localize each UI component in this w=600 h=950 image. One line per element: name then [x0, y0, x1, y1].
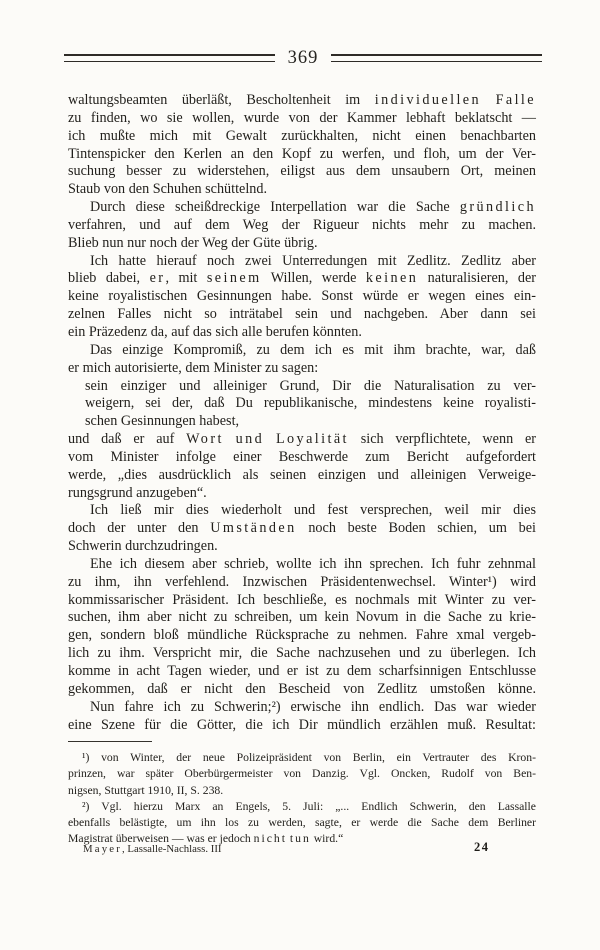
- emphasized-text: nicht: [254, 832, 287, 845]
- text-line: gen, sondern bloß mündliche Rücksprache …: [68, 627, 536, 645]
- paragraph: Nun fahre ich zu Schwerin;²) erwische ih…: [68, 699, 536, 735]
- text-line: Tintenspicker den Kerlen an den Kopf zu …: [68, 146, 536, 164]
- footer-citation: Mayer, Lassalle-Nachlass. III: [83, 843, 222, 855]
- page-index: 24: [474, 840, 490, 855]
- emphasized-text: keinen: [366, 270, 418, 286]
- body-text: waltungsbeamten überläßt, Bescholtenheit…: [68, 92, 536, 734]
- footnote: ²) Vgl. hierzu Marx an Engels, 5. Juli: …: [68, 799, 536, 848]
- text-line: lich zu ihm. Verspricht mir, die Sache n…: [68, 645, 536, 663]
- text-line: zelnen Falles nicht so inträtabel sein u…: [68, 306, 536, 324]
- emphasized-text: er: [150, 270, 166, 286]
- emphasized-text: Mayer: [83, 843, 122, 855]
- text-line: waltungsbeamten überläßt, Bescholtenheit…: [68, 92, 536, 110]
- text-line: keine royalistischen Gesinnungen habe. S…: [68, 288, 536, 306]
- text-line: werde, „dies ausdrücklich als seinen ein…: [68, 467, 536, 485]
- text-line: ich mußte mich mit Gewalt zurückhalten, …: [68, 128, 536, 146]
- text-line: nigsen, Stuttgart 1910, II, S. 238.: [68, 783, 536, 799]
- text-line: ein Präzedenz da, auf das sich alle beru…: [68, 324, 536, 342]
- text-line: Staub von den Schuhen schüttelnd.: [68, 181, 536, 199]
- text-line: er mich autorisierte, dem Minister zu sa…: [68, 360, 536, 378]
- text-line: sein einziger und alleiniger Grund, Dir …: [85, 378, 536, 396]
- header-rule-left: [64, 54, 275, 62]
- paragraph: Ich hatte hierauf noch zwei Unterredunge…: [68, 253, 536, 342]
- text-line: blieb dabei, er, mit seinem Willen, werd…: [68, 270, 536, 288]
- text-line: zu ihm, ihn verfehlend. Inzwischen Präsi…: [68, 574, 536, 592]
- text-line: doch der unter den Umständen noch beste …: [68, 520, 536, 538]
- text-line: kommissarischer Präsident. Ich beschließ…: [68, 592, 536, 610]
- footnote: ¹) von Winter, der neue Polizeipräsident…: [68, 750, 536, 799]
- text-line: rungsgrund anzugeben“.: [68, 485, 536, 503]
- page-header: 369: [64, 45, 542, 71]
- text-line: Ehe ich diesem aber schrieb, wollte ich …: [68, 556, 536, 574]
- paragraph: Das einzige Kompromiß, zu dem ich es mit…: [68, 342, 536, 378]
- page-number: 369: [275, 48, 332, 69]
- text-line: Durch diese scheißdreckige Interpellatio…: [68, 199, 536, 217]
- emphasized-text: Wort: [186, 431, 224, 447]
- text-line: weigern, sei der, daß Du republikanische…: [85, 395, 536, 413]
- text-line: Schwerin durchzudringen.: [68, 538, 536, 556]
- text-line: Das einzige Kompromiß, zu dem ich es mit…: [68, 342, 536, 360]
- text-line: ²) Vgl. hierzu Marx an Engels, 5. Juli: …: [68, 799, 536, 815]
- text-line: eine Szene für die Götter, die ich Dir m…: [68, 717, 536, 735]
- paragraph: waltungsbeamten überläßt, Bescholtenheit…: [68, 92, 536, 199]
- emphasized-text: und: [236, 431, 265, 447]
- text-line: Blieb nun nur noch der Weg der Güte übri…: [68, 235, 536, 253]
- paragraph: Ehe ich diesem aber schrieb, wollte ich …: [68, 556, 536, 699]
- text-line: ¹) von Winter, der neue Polizeipräsident…: [68, 750, 536, 766]
- text-line: Ich hatte hierauf noch zwei Unterredunge…: [68, 253, 536, 271]
- book-page: 369 waltungsbeamten überläßt, Bescholten…: [0, 0, 600, 950]
- text-line: ebenfalls belästigte, um ihn los zu werd…: [68, 815, 536, 831]
- paragraph: Durch diese scheißdreckige Interpellatio…: [68, 199, 536, 253]
- text-line: verfahren, und auf dem Weg der Rigueur n…: [68, 217, 536, 235]
- paragraph: sein einziger und alleiniger Grund, Dir …: [68, 378, 536, 432]
- text-line: suchen, ihm aber nicht zu schreiben, um …: [68, 609, 536, 627]
- text-line: vom Minister infolge einer Beschwerde zu…: [68, 449, 536, 467]
- emphasized-text: Umständen: [210, 520, 296, 536]
- footnotes: ¹) von Winter, der neue Polizeipräsident…: [68, 750, 536, 848]
- header-rule-right: [331, 54, 542, 62]
- text-line: Nun fahre ich zu Schwerin;²) erwische ih…: [68, 699, 536, 717]
- footnote-separator: [68, 741, 152, 742]
- text-line: und daß er auf Wort und Loyalität sich v…: [68, 431, 536, 449]
- text-line: prinzen, war später Oberbürgermeister vo…: [68, 766, 536, 782]
- text-line: komme in acht Tagen wieder, und er ist z…: [68, 663, 536, 681]
- text-line: suchung besser zu widerstehen, eiligst a…: [68, 163, 536, 181]
- emphasized-text: tun: [290, 832, 311, 845]
- emphasized-text: gründlich: [460, 199, 536, 215]
- paragraph: und daß er auf Wort und Loyalität sich v…: [68, 431, 536, 502]
- emphasized-text: Falle: [496, 92, 536, 108]
- paragraph: Ich ließ mir dies wiederholt und fest ve…: [68, 502, 536, 556]
- text-line: schen Gesinnungen habest,: [85, 413, 536, 431]
- emphasized-text: seinem: [207, 270, 262, 286]
- emphasized-text: Loyalität: [276, 431, 349, 447]
- text-line: Ich ließ mir dies wiederholt und fest ve…: [68, 502, 536, 520]
- text-line: zu finden, wo sie wollen, wurde von der …: [68, 110, 536, 128]
- text-line: gekommen, daß er nicht den Bescheid von …: [68, 681, 536, 699]
- emphasized-text: individuellen: [375, 92, 481, 108]
